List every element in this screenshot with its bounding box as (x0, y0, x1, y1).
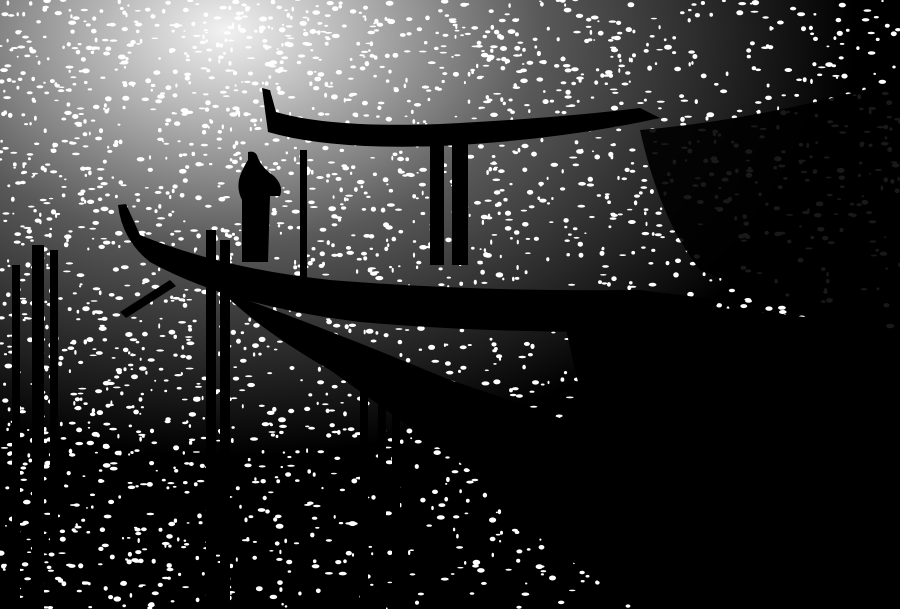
mooring-pole (392, 390, 400, 609)
mooring-pole (220, 240, 230, 609)
mooring-pole (32, 245, 44, 609)
photograph (0, 0, 900, 609)
mooring-pole (360, 380, 368, 609)
mooring-pole (378, 380, 386, 609)
pole (452, 140, 468, 265)
mooring-pole (50, 250, 58, 550)
gondola-scene-image (0, 0, 900, 609)
mooring-pole (206, 230, 216, 609)
mooring-pole (12, 265, 20, 609)
mooring-pole (603, 330, 613, 440)
oar (300, 150, 307, 290)
pole (430, 140, 444, 265)
